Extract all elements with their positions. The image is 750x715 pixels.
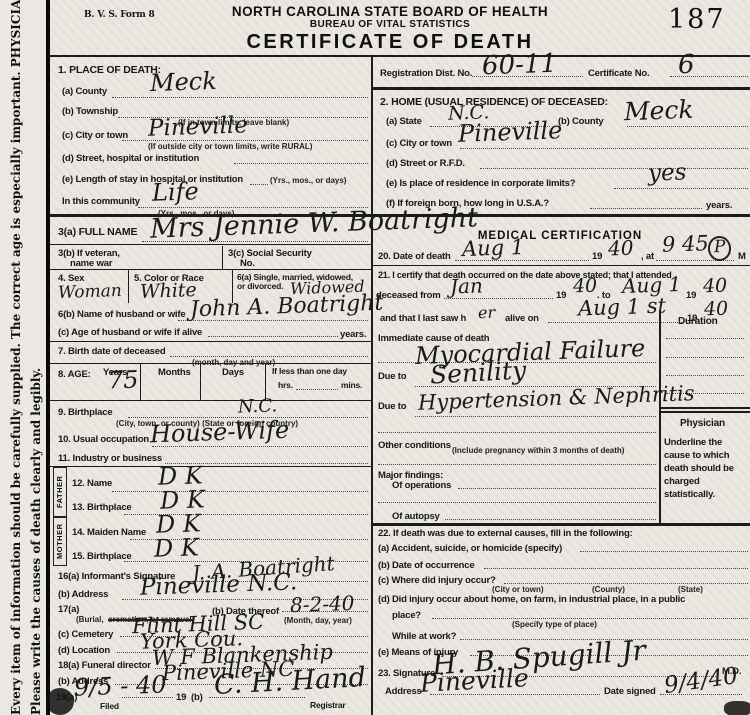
saw-value: Aug 1 st [578,295,667,319]
occupation-value: House-Wife [150,418,290,447]
birthplace-label: 9. Birthplace [58,407,112,418]
registrar-value: C. H. Hand [213,664,366,699]
informant-addr-value: Pineville N.C. [140,571,298,599]
father-name-label: 12. Name [72,478,112,489]
due1-value: Senility [429,358,526,388]
duration-column-divider [659,311,661,523]
scan-smudge [46,688,74,715]
dotted-line [666,357,744,358]
date-signed-label: Date signed [604,686,656,697]
dotted-line [484,568,748,569]
pod-city-label: (c) City or town [62,130,128,141]
dotted-line [627,126,748,127]
due2-label: Due to [378,401,406,412]
cert-no-label: Certificate No. [588,68,649,79]
dotted-line [170,356,368,357]
saw-er-value: er [478,305,496,322]
informant-addr-label: (b) Address [58,589,108,600]
home-state-label: (a) State [386,116,422,127]
father-side-label: FATHER [53,467,67,517]
column-divider [371,57,373,715]
age-hrs-label: hrs. [278,380,293,390]
reg-dist-label: Registration Dist. No. [380,68,472,79]
cemetery-label: (c) Cemetery [58,629,113,640]
header-rule [50,55,750,57]
physician-addr-label: Address [385,686,422,697]
external-c-hint1: (City or town) [492,585,544,594]
dod-time-value: 9 45 [662,233,709,256]
dotted-line [234,163,368,164]
pod-community-value: Life [152,179,200,205]
burial-date-hint: (Month, day, year) [284,616,352,625]
physician-addr-value: Pineville [419,665,529,696]
dotted-line [378,502,656,503]
dotted-line [445,519,656,520]
to-19-printed: 19 [686,290,696,301]
dotted-line [415,416,656,417]
spouse-age-suffix: years. [340,329,366,340]
underline-note: Underline the cause to which death shoul… [664,436,748,501]
external-a-label: (a) Accident, suicide, or homicide (spec… [378,543,562,554]
cell-divider [265,363,266,400]
dod-m-label: M [738,251,746,262]
location-label: (d) Location [58,645,110,656]
dod-month-value: Aug 1 [462,237,525,260]
double-rule-top [659,407,750,409]
death-certificate-scan: Every item of information should be care… [0,0,750,715]
external-heading: 22. If death was due to external causes,… [378,528,633,539]
filed-19: 19 [176,692,186,703]
double-rule-bottom [659,411,750,413]
physician-label: Physician [680,418,725,429]
pod-city-hint: (If outside city or town limits, write R… [148,142,312,151]
from-value: Jan [450,275,484,296]
age-years-value: 75 [108,367,139,392]
fullname-label: 3(a) FULL NAME [58,226,137,238]
home-county-label: (b) County [558,116,604,127]
dotted-line [296,389,338,390]
birthdate-hint: (month, day and year) [192,358,275,367]
certificate-title: CERTIFICATE OF DEATH [150,31,630,54]
filed-label-b: (b) [191,692,203,703]
dotted-line [208,336,338,337]
saw-label: and that I last saw h [380,313,466,324]
veteran-label2: name war [70,258,112,269]
external-d-label: (d) Did injury occur about home, on farm… [378,594,685,605]
burial-hint-open: (Burial, [76,615,104,624]
dod-19-printed: 19 [592,251,602,262]
reg-dist-value: 60-11 [482,51,558,80]
pod-county-label: (a) County [62,86,107,97]
external-c-hint3: (State) [678,585,703,594]
father-birthplace-label: 13. Birthplace [72,502,132,513]
pod-street-label: (d) Street, hospital or institution [62,153,199,164]
mother-birthplace-label: 15. Birthplace [72,551,132,562]
home-city-value: Pineville [458,118,563,146]
pod-city-value: Pineville [148,114,249,140]
pod-township-label: (b) Township [62,106,118,117]
pod-stay-hint: (Yrs., mos., or days) [270,176,346,185]
cert-no-value: 6 [678,52,695,79]
solid-rule [50,341,372,342]
dod-label: 20. Date of death [378,251,451,262]
dotted-line [548,322,684,323]
home-heading: 2. HOME (USUAL RESIDENCE) OF DECEASED: [380,96,608,108]
from-label: deceased from [376,290,440,301]
burial-label: 17(a) [58,604,79,615]
dotted-line [590,208,702,209]
home-foreign-suffix: years. [706,200,732,211]
saw-year-value: 40 [704,300,729,320]
form-number: B. V. S. Form 8 [84,10,155,20]
dotted-line [480,168,748,169]
home-corporate-label: (e) Is place of residence in corporate l… [386,178,575,189]
margin-line-2: Please write the causes of death clearly… [26,0,46,715]
spouse-label: 6(b) Name of husband or wife [58,309,185,320]
other-conditions-hint: (Include pregnancy within 3 months of de… [452,446,624,455]
marital-label2: or divorced. [237,281,283,291]
other-conditions-label: Other conditions [378,440,451,451]
home-county-value: Meck [624,97,694,124]
pod-community-label: In this community [62,196,140,207]
cell-divider [200,363,201,400]
home-corporate-value: yes [648,161,687,185]
mother-side-label: MOTHER [53,517,67,566]
age-mins-label: mins. [341,380,362,390]
filed-label: Filed [100,701,119,711]
age-months-label: Months [158,367,191,378]
age-days-label: Days [222,367,244,378]
mother-maiden-label: 14. Maiden Name [72,527,146,538]
margin-line-1: Every item of information should be care… [6,0,26,715]
solid-rule [50,400,372,401]
age-label: 8. AGE: [58,369,91,380]
birthplace-value: N.C. [238,397,278,416]
age-less-label: If less than one day [272,366,347,376]
work-label: While at work? [392,631,456,642]
org-name-line2: BUREAU OF VITAL STATISTICS [150,19,630,30]
home-street-label: (d) Street or R.F.D. [386,158,465,169]
dotted-line [458,488,656,489]
race-value: White [140,281,197,302]
margin-note: Every item of information should be care… [4,0,48,715]
dotted-line [432,618,748,619]
to-value: Aug 1 [622,274,682,296]
occupation-label: 10. Usual occupation [58,434,149,445]
dotted-line [378,432,656,433]
cell-divider [222,246,223,269]
cell-divider [128,270,129,303]
saw-alive-label: alive on [505,313,539,324]
due1-label: Due to [378,371,406,382]
to-year-value: 40 [703,277,728,297]
spouse-value: John A. Boatright [190,293,384,322]
org-name-line1: NORTH CAROLINA STATE BOARD OF HEALTH [150,4,630,19]
dotted-line [250,184,268,185]
industry-label: 11. Industry or business [58,453,162,464]
spouse-age-label: (c) Age of husband or wife if alive [58,327,202,338]
mother-birthplace-value: D K [154,535,200,561]
left-margin: Every item of information should be care… [0,0,50,715]
heavy-rule [372,87,750,90]
filed-date-value: 9/5 - 40 [74,672,167,699]
heavy-rule [372,523,750,526]
place-of-death-heading: 1. PLACE OF DEATH: [58,64,161,76]
home-city-label: (c) City or town [386,138,452,149]
pod-county-value: Meck [150,69,218,95]
dotted-line [504,583,748,584]
dotted-line [666,338,744,339]
scan-smudge [724,701,750,715]
operations-label: Of operations [392,480,451,491]
external-d-hint: (Specify type of place) [512,620,597,629]
autopsy-label: Of autopsy [392,511,440,522]
certificate-page-number: 187 [668,4,726,35]
dotted-line [614,188,748,189]
solid-rule [372,265,750,266]
solid-rule [50,244,372,245]
from-year-value: 40 [573,277,598,297]
dotted-line [666,375,744,376]
dotted-line [460,148,748,149]
sex-value: Woman [58,283,122,302]
external-d-label2: place? [392,610,421,621]
dotted-line [580,551,748,552]
dod-ampm-value: P [708,236,732,262]
registrar-label: Registrar [310,700,346,710]
dotted-line [112,491,368,492]
external-c-hint2: (County) [592,585,625,594]
dotted-line [378,464,656,465]
cell-divider [140,363,141,400]
dod-at-label: , at [641,251,654,262]
funeral-director-label: 18(a) Funeral director [58,660,151,671]
dod-year-value: 40 [608,238,634,259]
external-b-label: (b) Date of occurrence [378,560,474,571]
ssn-label2: No. [240,258,255,269]
solid-rule [50,269,372,270]
burial-date-value: 8-2-40 [290,593,355,615]
birthdate-label: 7. Birth date of deceased [58,346,165,357]
from-19-printed: 19 [556,290,566,301]
external-c-label: (c) Where did injury occur? [378,575,496,586]
solid-rule [50,466,372,467]
